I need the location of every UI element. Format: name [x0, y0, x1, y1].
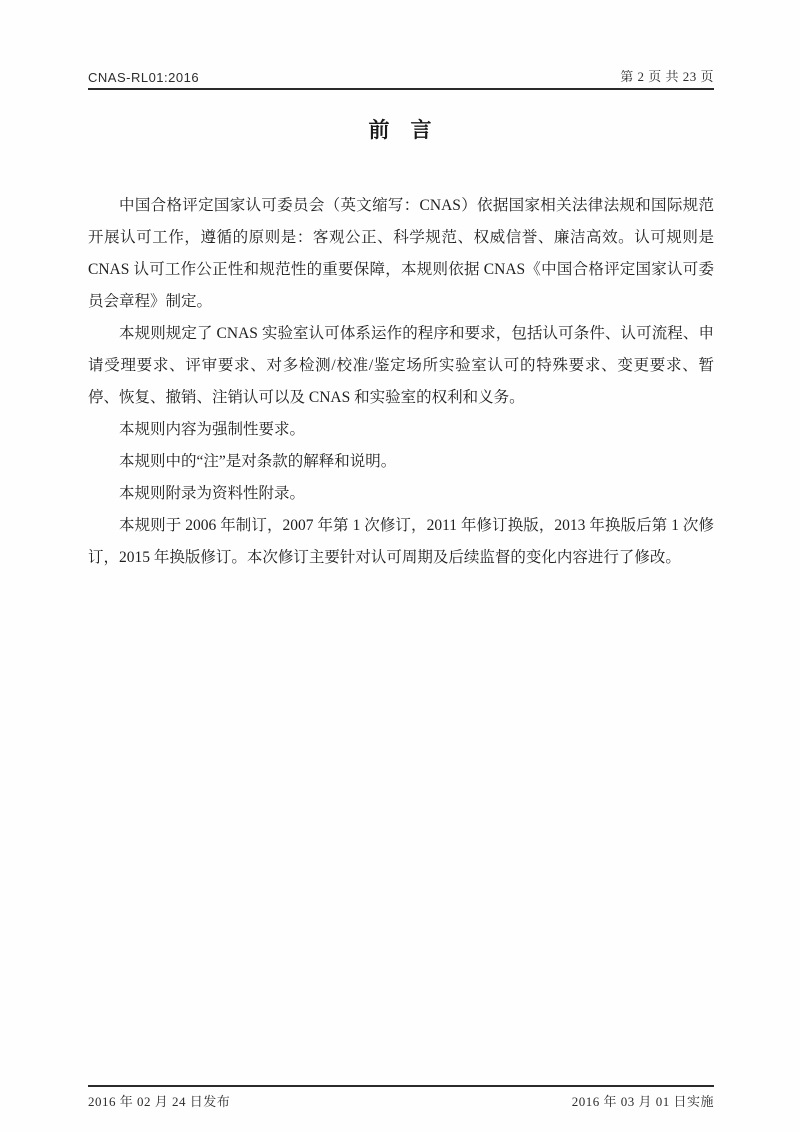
- page-number: 第 2 页 共 23 页: [620, 66, 714, 85]
- paragraph-scope: 本规则规定了 CNAS 实验室认可体系运作的程序和要求，包括认可条件、认可流程、…: [88, 318, 714, 414]
- paragraph-annex: 本规则附录为资料性附录。: [88, 478, 714, 510]
- paragraph-intro: 中国合格评定国家认可委员会（英文缩写：CNAS）依据国家相关法律法规和国际规范开…: [88, 190, 714, 318]
- issue-date: 2016 年 02 月 24 日发布: [88, 1091, 230, 1110]
- document-code: CNAS-RL01:2016: [88, 70, 199, 85]
- implement-date: 2016 年 03 月 01 日实施: [572, 1091, 714, 1110]
- document-page: CNAS-RL01:2016 第 2 页 共 23 页 前 言 中国合格评定国家…: [0, 0, 800, 1132]
- paragraph-mandatory: 本规则内容为强制性要求。: [88, 414, 714, 446]
- paragraph-revision-history: 本规则于 2006 年制订，2007 年第 1 次修订，2011 年修订换版，2…: [88, 510, 714, 574]
- page-header: CNAS-RL01:2016 第 2 页 共 23 页: [88, 66, 714, 90]
- paragraph-notes: 本规则中的“注”是对条款的解释和说明。: [88, 446, 714, 478]
- page-footer: 2016 年 02 月 24 日发布 2016 年 03 月 01 日实施: [88, 1085, 714, 1110]
- foreword-body: 中国合格评定国家认可委员会（英文缩写：CNAS）依据国家相关法律法规和国际规范开…: [88, 190, 714, 574]
- foreword-title: 前 言: [0, 114, 800, 144]
